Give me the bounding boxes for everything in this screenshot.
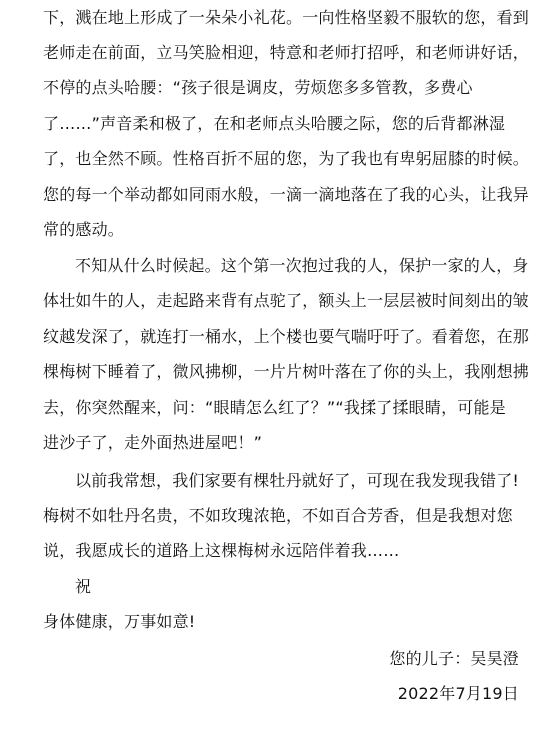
text-line: 体壮如牛的人，走起路来背有点驼了，额头上一层层被时间刻出的皱: [43, 291, 523, 311]
text-line: 下，溅在地上形成了一朵朵小礼花。一向性格坚毅不服软的您，看到: [43, 8, 523, 28]
text-line: 老师走在前面，立马笑脸相迎，特意和老师打招呼，和老师讲好话，: [43, 43, 523, 63]
signature-date: 2022年7月19日: [398, 684, 519, 704]
text-line: 棵梅树下睡着了，微风拂柳，一片片树叶落在了你的头上，我刚想拂: [43, 362, 523, 382]
text-line: 常的感动。: [43, 220, 523, 240]
letter-page: 下，溅在地上形成了一朵朵小礼花。一向性格坚毅不服软的您，看到 老师走在前面，立马…: [0, 0, 543, 738]
closing-blessing: 身体健康，万事如意!: [43, 612, 523, 632]
text-line: 了，也全然不顾。性格百折不屈的您，为了我也有卑躬屈膝的时候。: [43, 149, 523, 169]
text-line: 梅树不如牡丹名贵，不如玫瑰浓艳，不如百合芳香，但是我想对您: [43, 506, 523, 526]
text-line: 去，你突然醒来，问：“眼睛怎么红了？”“我揉了揉眼睛，可能是: [43, 398, 523, 418]
text-line: 说，我愿成长的道路上这棵梅树永远陪伴着我……: [43, 541, 523, 561]
text-line: 不停的点头哈腰：“孩子很是调皮，劳烦您多多管教，多费心: [43, 78, 523, 98]
text-line: 以前我常想，我们家要有棵牡丹就好了，可现在我发现我错了!: [75, 471, 543, 491]
closing-wish: 祝: [75, 577, 543, 597]
text-line: 了……”声音柔和极了，在和老师点头哈腰之际，您的后背都淋湿: [43, 114, 523, 134]
text-line: 您的每一个举动都如同雨水般，一滴一滴地落在了我的心头，让我异: [43, 185, 523, 205]
text-line: 纹越发深了，就连打一桶水，上个楼也要气喘吁吁了。看着您，在那: [43, 327, 523, 347]
signature-name: 您的儿子：吴昊澄: [389, 649, 519, 669]
text-line: 不知从什么时候起。这个第一次抱过我的人，保护一家的人，身: [75, 256, 543, 276]
text-line: 进沙子了，走外面热进屋吧！”: [43, 433, 523, 453]
